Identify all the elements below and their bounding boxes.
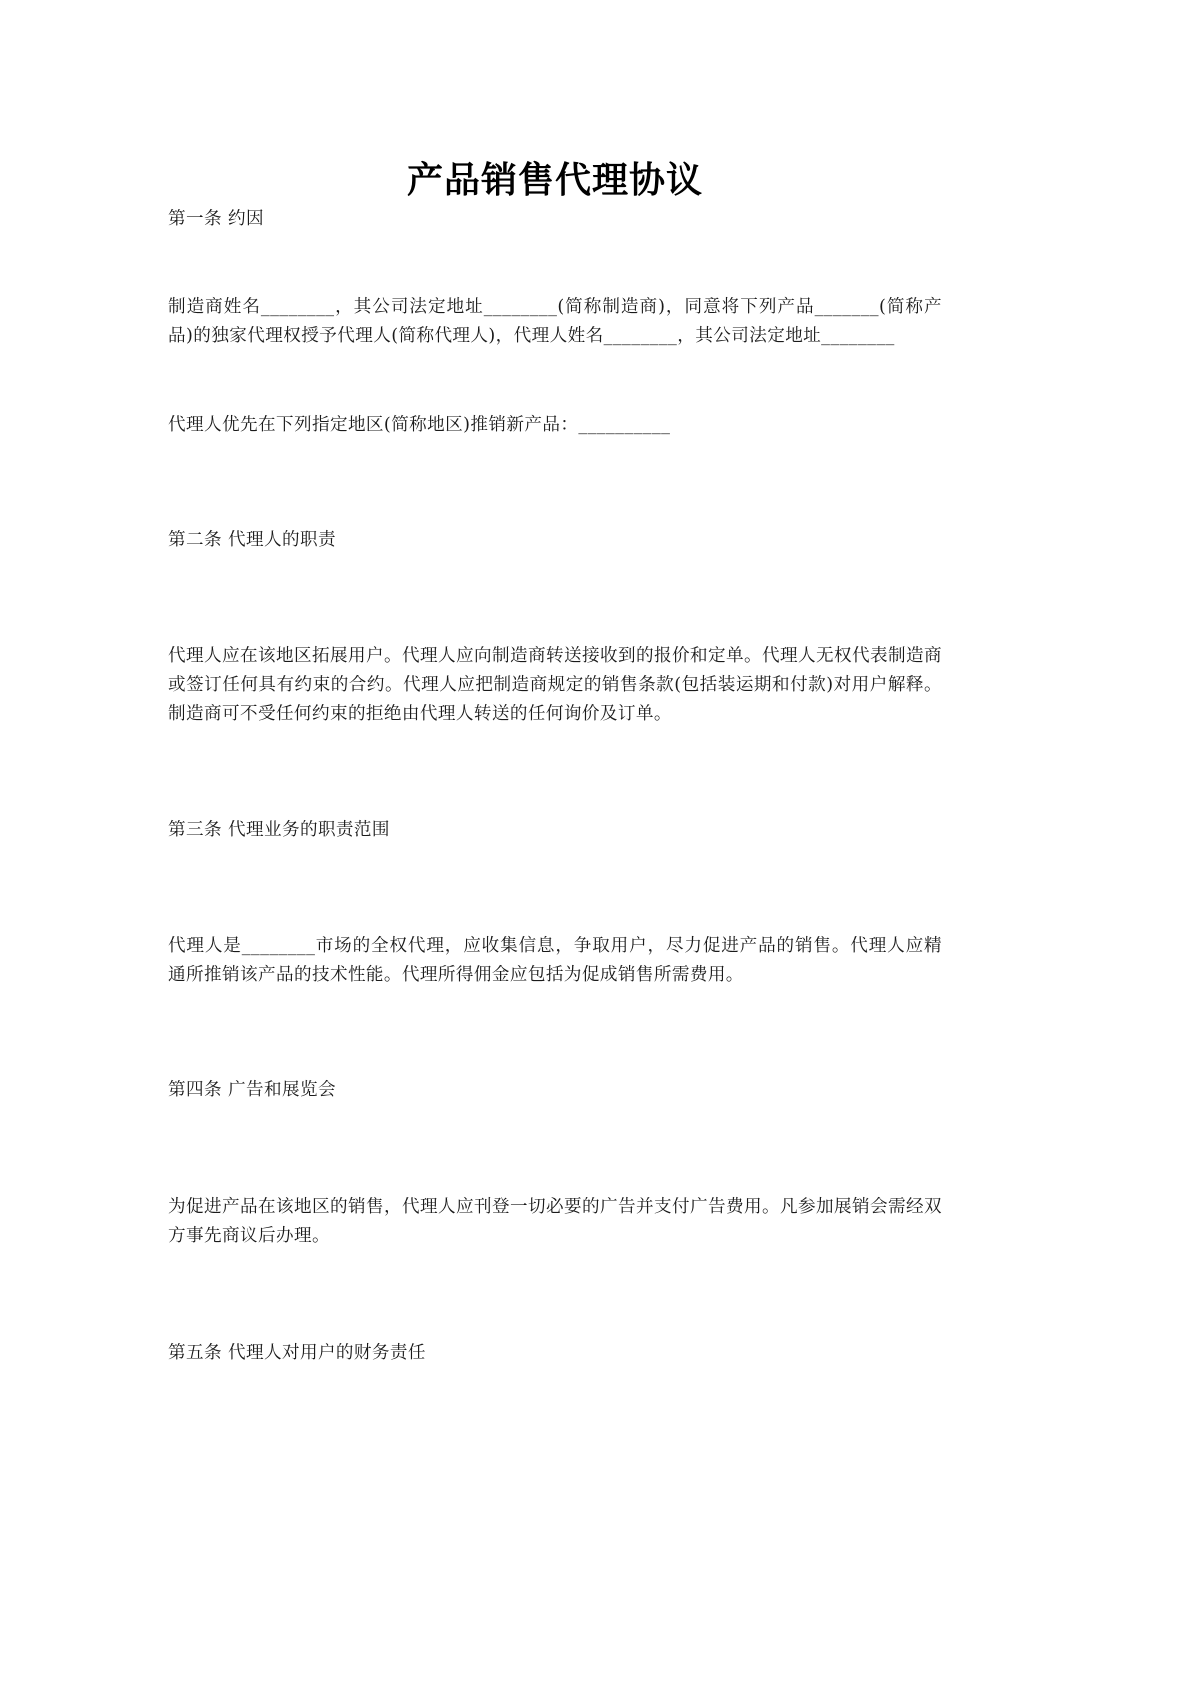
section-4-paragraph-1: 为促进产品在该地区的销售，代理人应刊登一切必要的广告并支付广告费用。凡参加展销会…	[168, 1193, 942, 1251]
section-heading-1: 第一条 约因	[168, 205, 264, 234]
section-heading-5: 第五条 代理人对用户的财务责任	[168, 1339, 426, 1368]
section-heading-3: 第三条 代理业务的职责范围	[168, 816, 390, 845]
section-3-paragraph-1: 代理人是________市场的全权代理，应收集信息，争取用户，尽力促进产品的销售…	[168, 932, 942, 990]
section-heading-2: 第二条 代理人的职责	[168, 526, 336, 555]
section-1-paragraph-1: 制造商姓名________，其公司法定地址________(简称制造商)，同意将…	[168, 293, 942, 351]
section-heading-4: 第四条 广告和展览会	[168, 1076, 336, 1105]
section-2-paragraph-1: 代理人应在该地区拓展用户。代理人应向制造商转送接收到的报价和定单。代理人无权代表…	[168, 642, 942, 729]
section-1-paragraph-2: 代理人优先在下列指定地区(简称地区)推销新产品：__________	[168, 411, 942, 440]
document-page: 产品销售代理协议 第一条 约因 制造商姓名________，其公司法定地址___…	[0, 0, 1190, 1683]
document-title: 产品销售代理协议	[0, 152, 1110, 203]
